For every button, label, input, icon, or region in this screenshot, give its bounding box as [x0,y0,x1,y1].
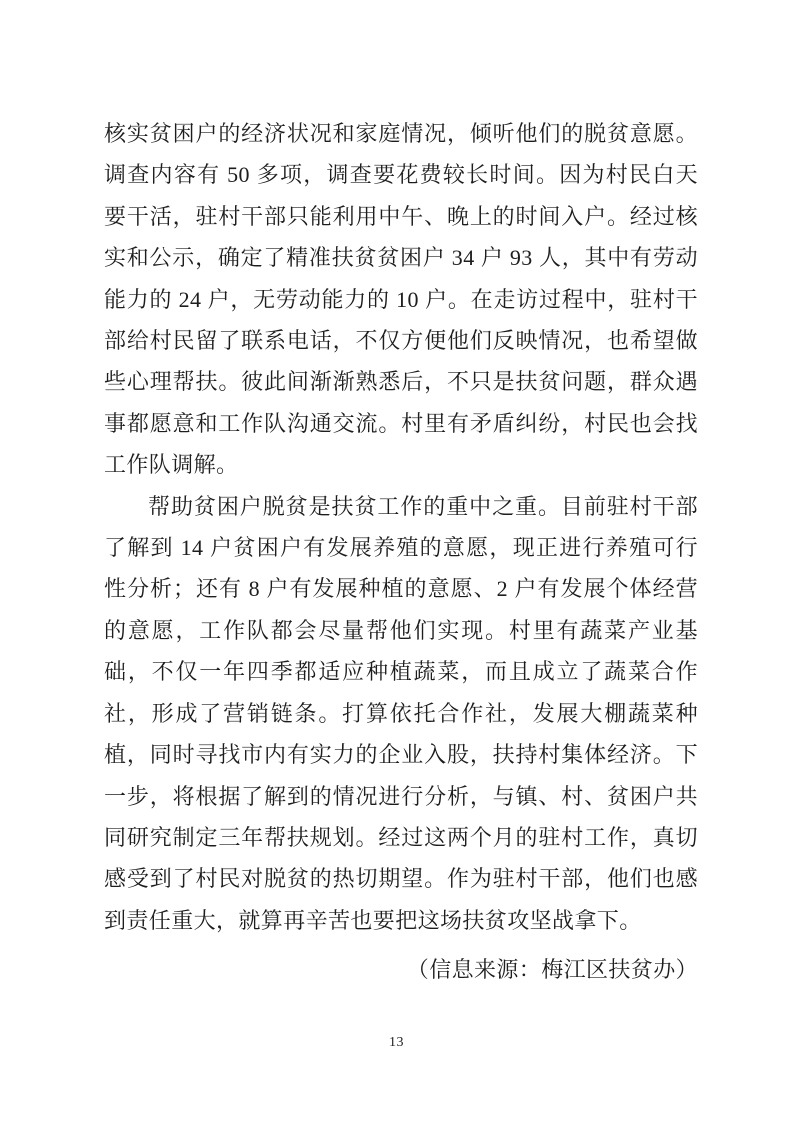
page-number: 13 [0,1035,793,1051]
body-paragraph-2: 帮助贫困户脱贫是扶贫工作的重中之重。目前驻村干部了解到 14 户贫困户有发展养殖… [104,486,698,941]
text-block: 核实贫困户的经济状况和家庭情况，倾听他们的脱贫意愿。调查内容有 50 多项，调查… [104,113,698,991]
source-attribution: （信息来源：梅江区扶贫办） [104,949,698,990]
document-page: 核实贫困户的经济状况和家庭情况，倾听他们的脱贫意愿。调查内容有 50 多项，调查… [0,0,793,1122]
body-paragraph-1: 核实贫困户的经济状况和家庭情况，倾听他们的脱贫意愿。调查内容有 50 多项，调查… [104,113,698,486]
